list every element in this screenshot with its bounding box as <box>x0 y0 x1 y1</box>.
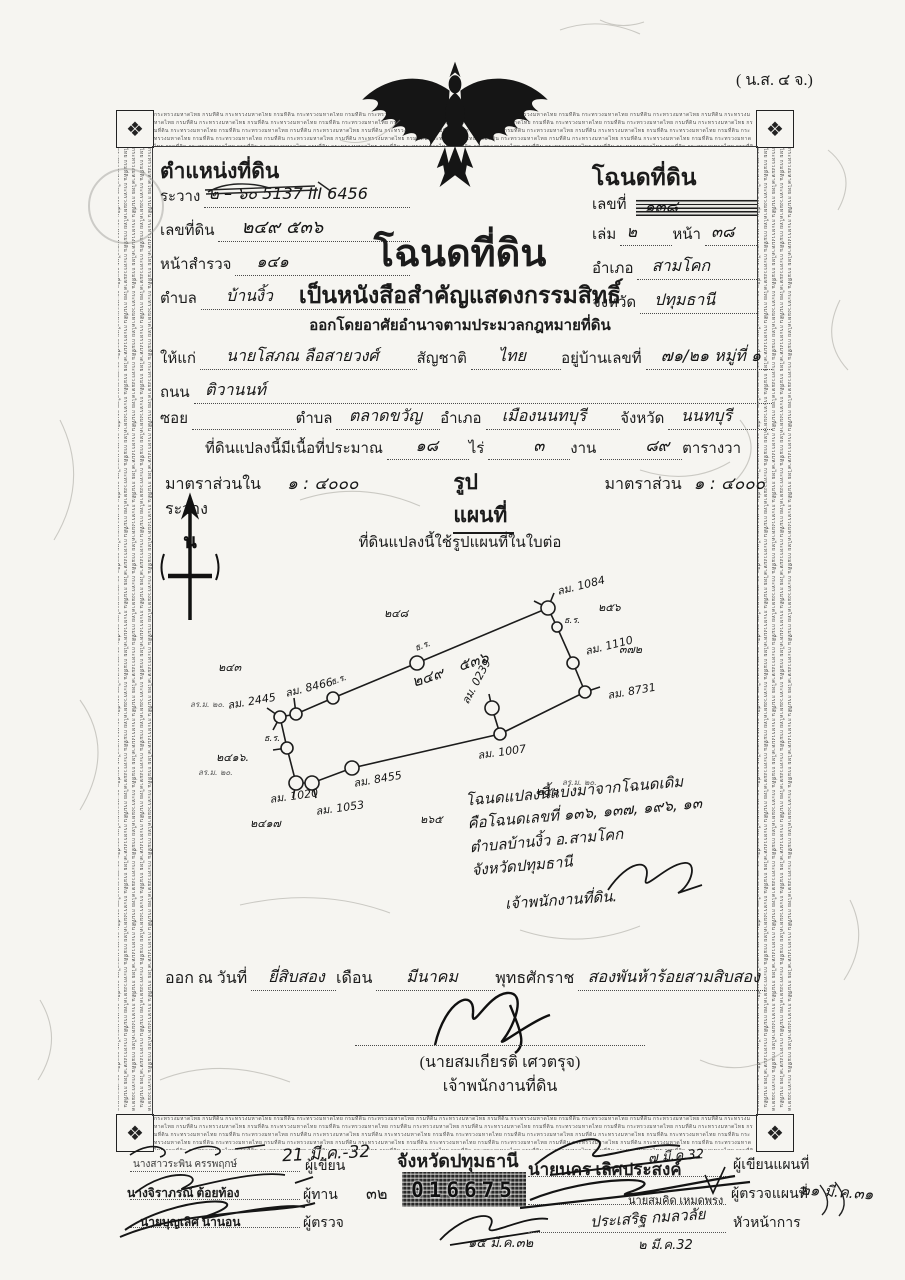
map-label: ๒๔๓ <box>218 661 243 674</box>
address-label: อยู่บ้านเลขที่ <box>561 346 645 370</box>
scale-left-value: ๑ : ๔๐๐๐ <box>287 470 358 497</box>
map-label: ลร.ม. ๒๐. <box>190 700 225 709</box>
issue-day: ยี่สิบสอง <box>268 965 324 990</box>
ngan-label: งาน <box>570 436 600 460</box>
right-margin-date: ๒๑ มี.ค.๓๑ <box>799 1177 874 1206</box>
inspector-stamp-name: นายบุญเลิศ นานอน <box>140 1213 240 1232</box>
map-label: ลม. 1053 <box>315 798 365 818</box>
dotted-line <box>192 411 296 430</box>
map-section-title: รูปแผนที่ <box>453 466 514 534</box>
deed-number-redaction: ๑๓๘ <box>636 199 757 216</box>
map-label: ลม. 1007 <box>477 742 527 762</box>
deed-block-title: โฉนดที่ดิน <box>592 160 697 196</box>
north-letter: น <box>183 529 197 553</box>
grantee-tambon-value: ตลาดขวัญ <box>349 404 422 429</box>
rai-label: ไร่ <box>469 436 489 460</box>
grantee-amphoe-label: อำเภอ <box>440 406 485 430</box>
area-label: ที่ดินแปลงนี้มีเนื้อที่ประมาณ <box>205 436 387 460</box>
border-left-microtext: กระทรวงมหาดไทย กรมที่ดิน กระทรวงมหาดไทย … <box>118 148 152 1112</box>
issue-prefix: ออก ณ วันที่ <box>165 966 251 991</box>
dotted-line <box>528 1232 726 1233</box>
road-label: ถนน <box>160 380 194 404</box>
map-label: ๓๗๒ <box>619 643 643 656</box>
map-label: ๒๔๑๖. <box>216 751 249 764</box>
issue-month-label: เดือน <box>336 966 376 991</box>
serial-number-box: 016675 <box>402 1172 526 1207</box>
form-code: ( น.ส. ๔ จ.) <box>736 68 813 93</box>
head-date: ๒ มี.ค.32 <box>638 1234 693 1255</box>
dotted-line <box>528 1176 726 1177</box>
dotted-line: ๓ <box>488 441 570 460</box>
given-label: ให้แก่ <box>160 346 200 370</box>
dotted-line: ยี่สิบสอง <box>251 972 336 991</box>
grantee-province-label: จังหวัด <box>620 406 668 430</box>
issue-year: สองพันห้าร้อยสามสิบสอง <box>588 965 760 990</box>
dotted-line <box>130 1171 300 1172</box>
scale-right-label: มาตราส่วน <box>604 472 681 497</box>
deed-number-label: เลขที่ <box>592 192 630 216</box>
inspector-label: ผู้ตรวจ <box>303 1212 344 1234</box>
map-label: ลม. 8731 <box>606 681 656 702</box>
head-label: หัวหน้าการ <box>733 1212 801 1234</box>
dotted-line <box>130 1227 300 1228</box>
nationality-value: ไทย <box>498 344 526 369</box>
map-label: ลม. 1084 <box>556 573 607 597</box>
writer-stamp-name: นางสาวระพิน ครรพฤกษ์ <box>133 1157 237 1172</box>
map-label: ลร.ม. ๒๐. <box>198 768 233 777</box>
faint-round-stamp <box>88 168 164 244</box>
road-value: ติวานนท์ <box>205 378 266 403</box>
dotted-line: ๘๙ <box>600 441 682 460</box>
map-label: ๒๔๘ <box>384 607 410 620</box>
map-label: ธ.ร. <box>414 639 433 654</box>
map-writer-date: ๗ มี.ค.32 <box>647 1143 704 1168</box>
scale-row: มาตราส่วนในระวาง ๑ : ๔๐๐๐ รูปแผนที่ มาตร… <box>165 466 765 534</box>
dotted-line: ติวานนท์ <box>194 385 772 404</box>
book-number: ๓๒ <box>366 1182 387 1207</box>
field-road: ถนน ติวานนท์ <box>160 380 772 404</box>
dotted-line: เมืองนนทบุรี <box>486 411 621 430</box>
checker-label: ผู้ทาน <box>303 1184 338 1206</box>
dotted-line: สองพันห้าร้อยสามสิบสอง <box>578 972 765 991</box>
area-rai-value: ๑๘ <box>416 434 439 459</box>
grantee-province-value: นนทบุรี <box>681 404 732 429</box>
map-label: ลม. 8455 <box>352 769 402 790</box>
field-area: ที่ดินแปลงนี้มีเนื้อที่ประมาณ ๑๘ ไร่ ๓ ง… <box>205 436 745 460</box>
deed-number-value: ๑๓๘ <box>644 195 677 220</box>
tambon-label: ตำบล <box>160 286 201 310</box>
head-signature-name: ประเสริฐ กมลวลัย <box>589 1202 706 1234</box>
map-note: ที่ดินแปลงนี้ใช้รูปแผนที่ในใบต่อ <box>300 530 620 554</box>
dotted-line: ไทย <box>471 351 561 370</box>
serial-sign-date: ๑๕ มี.ค.๓๒ <box>468 1232 533 1253</box>
dotted-line: นายโสภณ ลือสายวงศ์ <box>200 351 417 370</box>
nationality-label: สัญชาติ <box>417 346 471 370</box>
survey-label: หน้าสำรวจ <box>160 252 235 276</box>
field-grantee: ให้แก่ นายโสภณ ลือสายวงศ์ สัญชาติ ไทย อย… <box>160 346 772 370</box>
border-corner-rosette: ❖ <box>116 1114 154 1152</box>
officer-name: (นายสมเกียรติ เศวตรุจ) <box>355 1050 645 1075</box>
map-label: ๒๕๖ <box>598 601 622 614</box>
dotted-line <box>130 1199 300 1200</box>
grantee-tambon-label: ตำบล <box>296 406 337 430</box>
dotted-line: นนทบุรี <box>668 411 772 430</box>
map-label: ๒๖๕ <box>420 813 444 826</box>
ravang-label: ระวาง <box>160 184 204 208</box>
address-value: ๗๑/๒๑ หมู่ที่ ๑ <box>661 344 761 369</box>
field-soi-tambon: ซอย ตำบล ตลาดขวัญ อำเภอ เมืองนนทบุรี จัง… <box>160 406 772 430</box>
checker-stamp-name: นางจิราภรณ์ ต้อยท้อง <box>127 1184 240 1203</box>
writer-date: 21 มี.ค.-32 <box>281 1138 370 1170</box>
officer-signature-line <box>355 1045 645 1046</box>
subtitle-1: เป็นหนังสือสำคัญแสดงกรรมสิทธิ์ <box>250 278 670 314</box>
border-corner-rosette: ❖ <box>756 1114 794 1152</box>
dotted-line: ตลาดขวัญ <box>336 411 440 430</box>
serial-number: 016675 <box>411 1178 517 1202</box>
soi-label: ซอย <box>160 406 192 430</box>
map-writer-label: ผู้เขียนแผนที่ <box>733 1154 809 1176</box>
page-label: หน้า <box>672 222 705 246</box>
land-deed-document: ( น.ส. ๔ จ.) ❖ ❖ ❖ ❖ กระทรวงมหาดไทย กรมท… <box>0 0 905 1280</box>
dotted-line: ๗๑/๒๑ หมู่ที่ ๑ <box>646 351 772 370</box>
grantee-amphoe-value: เมืองนนทบุรี <box>502 404 587 429</box>
map-label: ลม. 1020 <box>269 786 319 806</box>
main-title: โฉนดที่ดิน <box>280 222 640 283</box>
officer-title: เจ้าพนักงานที่ดิน <box>355 1074 645 1099</box>
wa-label: ตารางวา <box>682 436 745 460</box>
field-deed-number: เลขที่ ๑๓๘ <box>592 192 757 216</box>
area-wa-value: ๘๙ <box>645 434 669 459</box>
scale-right-value: ๑ : ๔๐๐๐ <box>694 470 765 497</box>
subtitle-2: ออกโดยอาศัยอำนาจตามประมวลกฎหมายที่ดิน <box>270 313 650 337</box>
map-label: ธ.ร. <box>564 616 580 626</box>
map-label: ธ.ร. <box>264 734 280 744</box>
border-corner-rosette: ❖ <box>116 110 154 148</box>
dotted-line: ๓๘ <box>705 227 757 246</box>
crossed-out-scribble <box>200 176 340 202</box>
grantee-name: นายโสภณ ลือสายวงศ์ <box>226 344 379 369</box>
area-ngan-value: ๓ <box>533 434 544 459</box>
deed-amphoe-value: สามโคก <box>652 254 710 279</box>
map-checker-label: ผู้ตรวจแผนที่ <box>731 1183 808 1205</box>
dotted-line: ๑๘ <box>387 441 469 460</box>
map-label: ๒๔๑๗ <box>250 817 283 830</box>
page-value: ๓๘ <box>711 220 734 245</box>
border-corner-rosette: ❖ <box>756 110 794 148</box>
parcel-label: เลขที่ดิน <box>160 218 218 242</box>
